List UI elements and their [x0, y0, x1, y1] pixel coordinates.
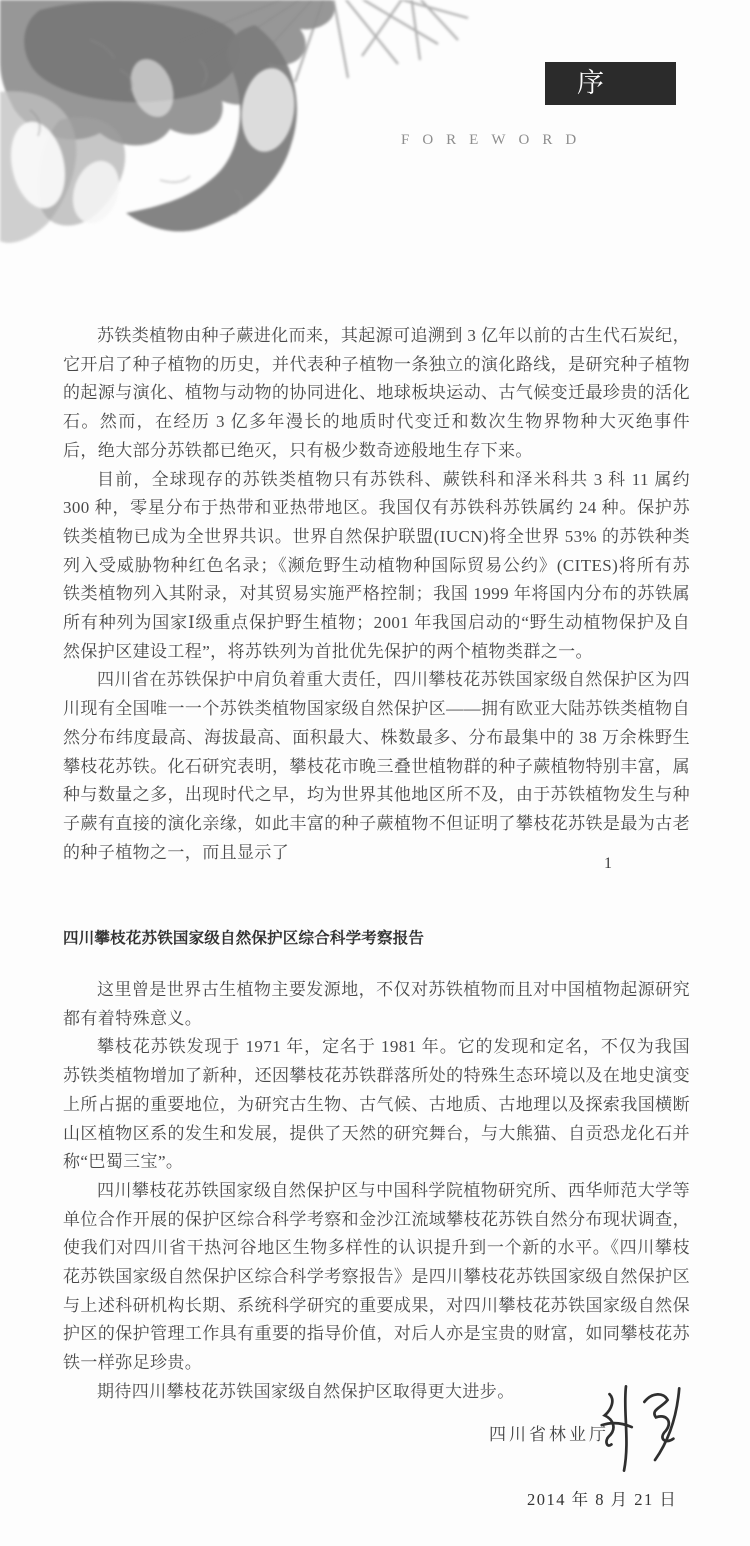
- foreword-body-page2: 这里曾是世界古生植物主要发源地，不仅对苏铁植物而且对中国植物起源研究都有着特殊意…: [63, 976, 690, 1407]
- cycad-plant-illustration: [0, 0, 490, 258]
- foreword-title-box: 序: [545, 62, 676, 105]
- foreword-body-page1: 苏铁类植物由种子蕨进化而来，其起源可追溯到 3 亿年以前的古生代石炭纪，它开启了…: [63, 322, 690, 867]
- paragraph: 这里曾是世界古生植物主要发源地，不仅对苏铁植物而且对中国植物起源研究都有着特殊意…: [63, 976, 690, 1033]
- paragraph: 苏铁类植物由种子蕨进化而来，其起源可追溯到 3 亿年以前的古生代石炭纪，它开启了…: [63, 322, 690, 466]
- foreword-title: 序: [577, 68, 606, 98]
- paragraph: 目前，全球现存的苏铁类植物只有苏铁科、蕨铁科和泽米科共 3 科 11 属约 30…: [63, 466, 690, 667]
- publish-date: 2014 年 8 月 21 日: [527, 1486, 677, 1510]
- paragraph: 四川省在苏铁保护中肩负着重大责任，四川攀枝花苏铁国家级自然保护区为四川现有全国唯…: [63, 666, 690, 867]
- foreword-page: 序 FOREWORD 苏铁类植物由种子蕨进化而来，其起源可追溯到 3 亿年以前的…: [0, 0, 750, 1546]
- running-header: 四川攀枝花苏铁国家级自然保护区综合科学考察报告: [63, 926, 424, 948]
- signature-org: 四川省林业厅: [489, 1420, 609, 1445]
- paragraph: 攀枝花苏铁发现于 1971 年，定名于 1981 年。它的发现和定名，不仅为我国…: [63, 1033, 690, 1177]
- page-number: 1: [594, 855, 622, 873]
- handwritten-signature-icon: [594, 1380, 686, 1478]
- paragraph: 四川攀枝花苏铁国家级自然保护区与中国科学院植物研究所、西华师范大学等单位合作开展…: [63, 1177, 690, 1378]
- foreword-subtitle: FOREWORD: [401, 132, 589, 149]
